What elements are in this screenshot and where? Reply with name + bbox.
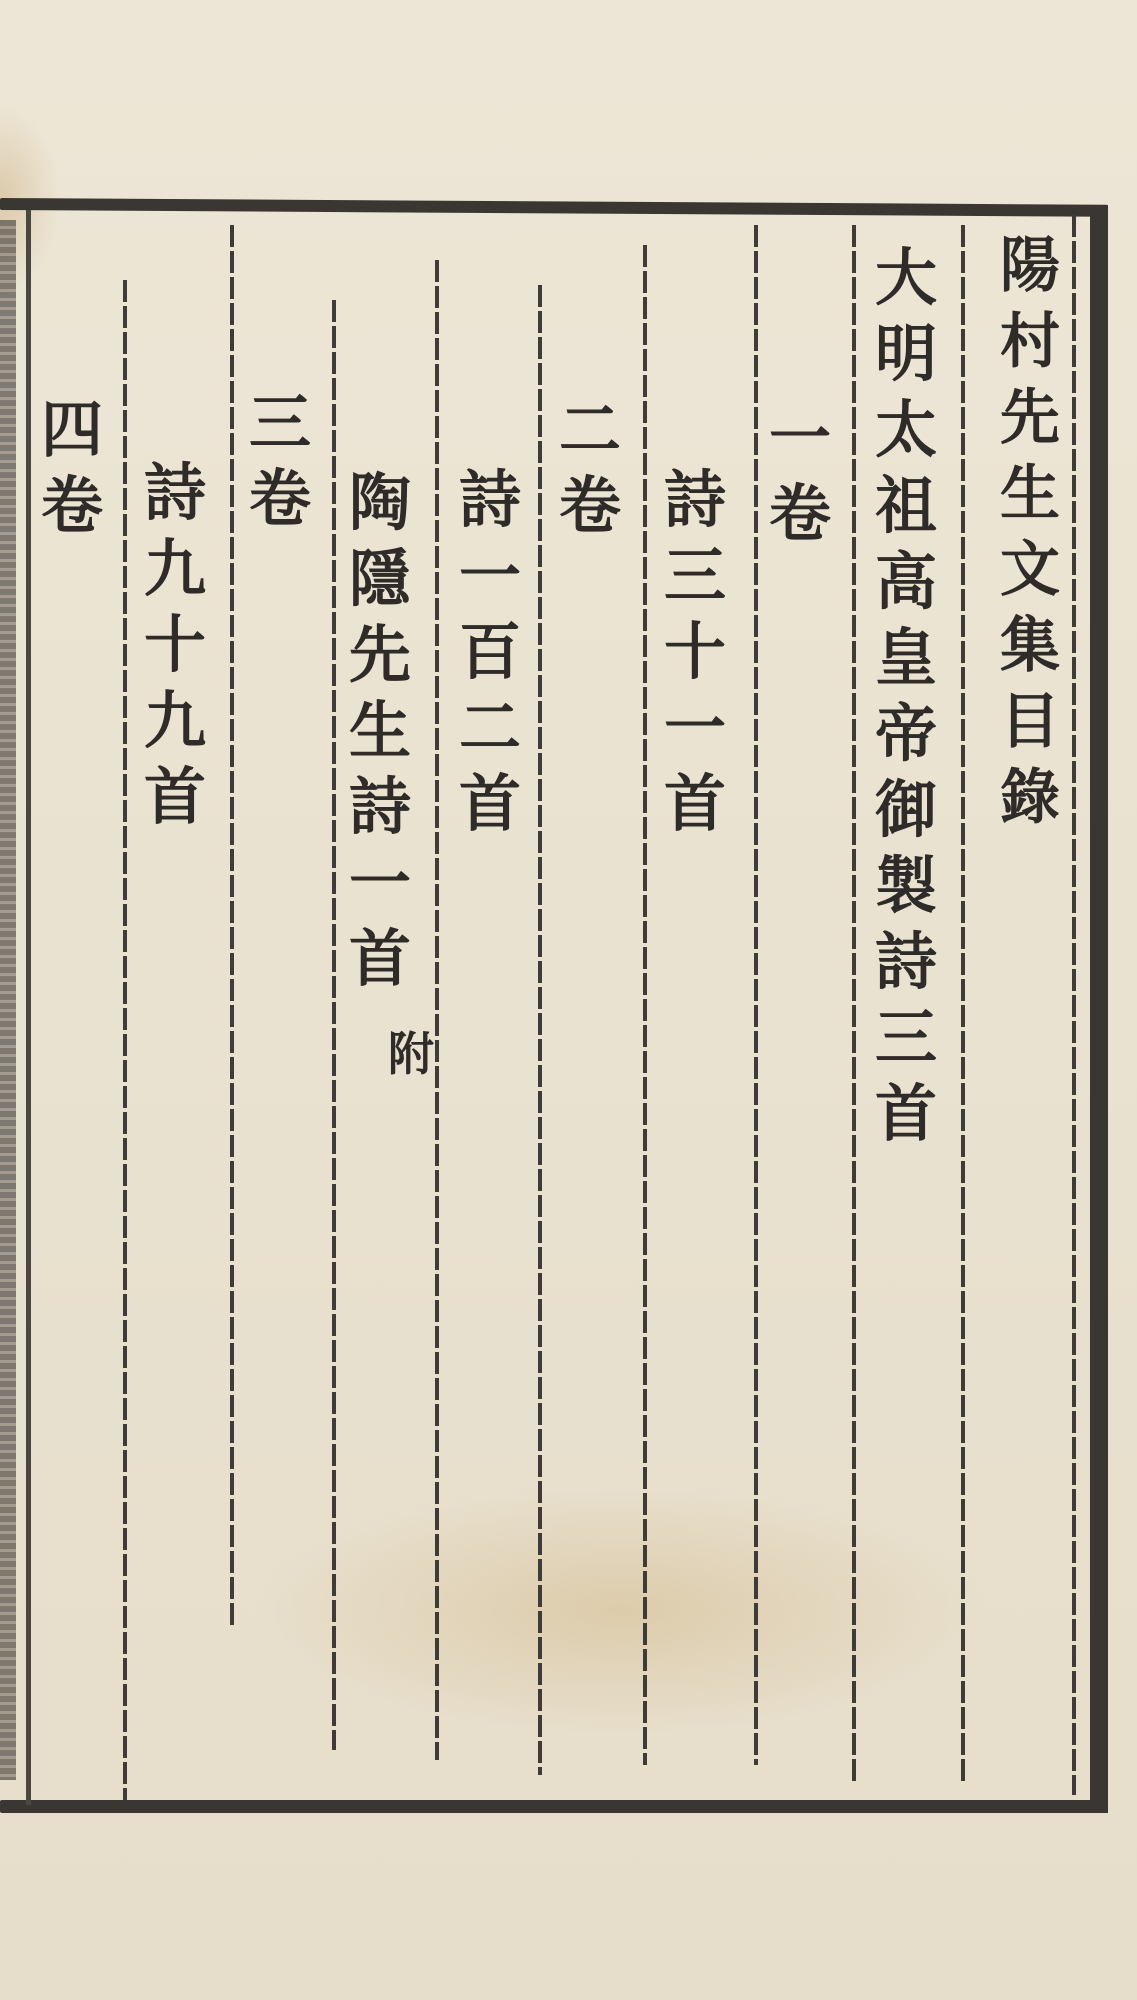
character: 詩 (664, 462, 726, 538)
character: 生 (1000, 456, 1060, 532)
character: 十 (664, 614, 726, 690)
column-rule (1072, 215, 1076, 1795)
character: 一 (459, 538, 521, 614)
character: 九 (144, 531, 206, 607)
adjacent-page-edge (0, 220, 16, 1780)
imperial-poems-column: 大明太祖高皇帝御製詩三首 (866, 240, 946, 1152)
character: 一 (769, 400, 831, 476)
character: 詩 (144, 455, 206, 531)
vol3-heading-column: 三卷 (240, 385, 320, 537)
vol2-content-column: 詩一百二首 (450, 462, 530, 842)
character: 三 (875, 1000, 937, 1076)
vol1-heading-column: 一卷 (760, 400, 840, 552)
character: 二 (459, 690, 521, 766)
character: 太 (875, 392, 937, 468)
character: 錄 (1000, 760, 1060, 836)
character: 首 (875, 1076, 937, 1152)
character: 首 (144, 759, 206, 835)
paper-background (0, 0, 1137, 2000)
character: 皇 (875, 620, 937, 696)
character: 三 (249, 385, 311, 461)
character: 帝 (875, 696, 937, 772)
appendix-note: 附 (388, 1018, 434, 1084)
column-rule (230, 225, 234, 1625)
character: 明 (875, 316, 937, 392)
character: 卷 (41, 468, 103, 544)
vol4-heading-column: 四卷 (32, 392, 112, 544)
column-rule (332, 300, 336, 1750)
character: 隱 (349, 541, 411, 617)
character: 文 (1000, 532, 1060, 608)
character: 集 (1000, 608, 1060, 684)
character: 詩 (459, 462, 521, 538)
character: 九 (144, 683, 206, 759)
character: 首 (349, 921, 411, 997)
column-rule (643, 245, 647, 1765)
character: 一 (664, 690, 726, 766)
character: 卷 (249, 461, 311, 537)
character: 二 (559, 392, 621, 468)
character: 詩 (875, 924, 937, 1000)
character: 一 (349, 845, 411, 921)
column-rule (435, 260, 439, 1760)
character: 目 (1000, 684, 1060, 760)
character: 首 (664, 766, 726, 842)
character: 四 (41, 392, 103, 468)
column-rule (961, 225, 965, 1785)
vol2-heading-column: 二卷 (550, 392, 630, 544)
character: 陶 (349, 465, 411, 541)
frame-left-border (26, 210, 31, 1805)
character: 首 (459, 766, 521, 842)
column-rule (754, 225, 758, 1765)
character: 先 (349, 617, 411, 693)
title-column: 陽村先生文集目錄 (990, 228, 1070, 836)
character: 先 (1000, 380, 1060, 456)
character: 大 (875, 240, 937, 316)
character: 製 (875, 848, 937, 924)
character: 村 (1000, 304, 1060, 380)
vol2-appendix-column: 陶隱先生詩一首 (340, 465, 420, 997)
character: 三 (664, 538, 726, 614)
character: 百 (459, 614, 521, 690)
vol1-content-column: 詩三十一首 (655, 462, 735, 842)
character: 陽 (1000, 228, 1060, 304)
character: 高 (875, 544, 937, 620)
character: 詩 (349, 769, 411, 845)
vol3-content-column: 詩九十九首 (135, 455, 215, 835)
frame-bottom-border (0, 1800, 1098, 1813)
column-rule (538, 285, 542, 1775)
frame-right-border (1090, 205, 1108, 1813)
column-rule (123, 280, 127, 1800)
character: 御 (875, 772, 937, 848)
character: 祖 (875, 468, 937, 544)
character: 生 (349, 693, 411, 769)
character: 十 (144, 607, 206, 683)
character: 卷 (769, 476, 831, 552)
character: 卷 (559, 468, 621, 544)
column-rule (852, 225, 856, 1785)
